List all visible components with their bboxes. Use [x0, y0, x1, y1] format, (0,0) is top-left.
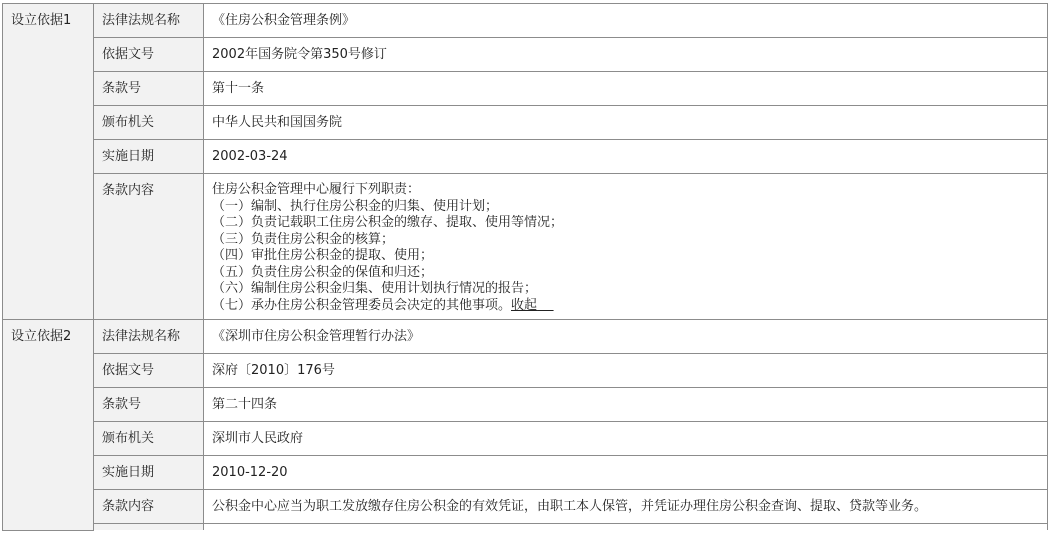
content-line: （四）审批住房公积金的提取、使用； [212, 248, 1039, 265]
table-row: 设立依据2 法律法规名称 《深圳市住房公积金管理暂行办法》 [3, 320, 1048, 354]
table-row: 依据文号 深府〔2010〕176号 [3, 354, 1048, 388]
row-label-clause-number: 条款号 [94, 72, 204, 106]
content-line: 住房公积金管理中心履行下列职责： [212, 182, 1039, 199]
row-label-clause-content: 条款内容 [94, 174, 204, 320]
content-line-text: （七）承办住房公积金管理委员会决定的其他事项。 [212, 298, 511, 313]
row-label-effective-date: 实施日期 [94, 140, 204, 174]
effective-date-value: 2002-03-24 [204, 140, 1048, 174]
table-row: 条款内容 住房公积金管理中心履行下列职责： （一）编制、执行住房公积金的归集、使… [3, 174, 1048, 320]
law-name-value: 《住房公积金管理条例》 [204, 4, 1048, 38]
clause-content-value: 住房公积金管理中心履行下列职责： （一）编制、执行住房公积金的归集、使用计划； … [204, 174, 1048, 320]
row-label-issuer: 颁布机关 [94, 422, 204, 456]
doc-number-value: 深府〔2010〕176号 [204, 354, 1048, 388]
basis-table-container: 设立依据1 法律法规名称 《住房公积金管理条例》 依据文号 2002年国务院令第… [2, 3, 1048, 531]
table-row: 依据文号 2002年国务院令第350号修订 [3, 38, 1048, 72]
clause-number-value: 第二十四条 [204, 388, 1048, 422]
table-row-cutoff [3, 524, 1048, 531]
table-row: 实施日期 2002-03-24 [3, 140, 1048, 174]
table-row: 颁布机关 深圳市人民政府 [3, 422, 1048, 456]
row-label-law-name: 法律法规名称 [94, 4, 204, 38]
row-label-effective-date: 实施日期 [94, 456, 204, 490]
clause-number-value: 第十一条 [204, 72, 1048, 106]
doc-number-value: 2002年国务院令第350号修订 [204, 38, 1048, 72]
cutoff-label-cell [94, 524, 204, 531]
group-title: 设立依据1 [3, 4, 94, 320]
table-row: 颁布机关 中华人民共和国国务院 [3, 106, 1048, 140]
cutoff-value-cell [204, 524, 1048, 531]
collapse-link-label: 收起 [511, 298, 537, 313]
collapse-link[interactable]: 收起 [511, 298, 554, 313]
content-line-last: （七）承办住房公积金管理委员会决定的其他事项。收起 [212, 298, 1039, 315]
table-row: 设立依据1 法律法规名称 《住房公积金管理条例》 [3, 4, 1048, 38]
content-line: （五）负责住房公积金的保值和归还； [212, 265, 1039, 282]
row-label-issuer: 颁布机关 [94, 106, 204, 140]
content-line: （三）负责住房公积金的核算； [212, 232, 1039, 249]
row-label-clause-content: 条款内容 [94, 490, 204, 524]
legal-basis-table: 设立依据1 法律法规名称 《住房公积金管理条例》 依据文号 2002年国务院令第… [2, 3, 1048, 531]
clause-content-value: 公积金中心应当为职工发放缴存住房公积金的有效凭证，由职工本人保管，并凭证办理住房… [204, 490, 1048, 524]
table-row: 条款号 第十一条 [3, 72, 1048, 106]
issuer-value: 中华人民共和国国务院 [204, 106, 1048, 140]
row-label-law-name: 法律法规名称 [94, 320, 204, 354]
group-title: 设立依据2 [3, 320, 94, 531]
content-line: （一）编制、执行住房公积金的归集、使用计划； [212, 199, 1039, 216]
effective-date-value: 2010-12-20 [204, 456, 1048, 490]
law-name-value: 《深圳市住房公积金管理暂行办法》 [204, 320, 1048, 354]
row-label-doc-number: 依据文号 [94, 354, 204, 388]
table-row: 条款号 第二十四条 [3, 388, 1048, 422]
content-line: （二）负责记载职工住房公积金的缴存、提取、使用等情况； [212, 215, 1039, 232]
table-row: 实施日期 2010-12-20 [3, 456, 1048, 490]
row-label-clause-number: 条款号 [94, 388, 204, 422]
table-row: 条款内容 公积金中心应当为职工发放缴存住房公积金的有效凭证，由职工本人保管，并凭… [3, 490, 1048, 524]
row-label-doc-number: 依据文号 [94, 38, 204, 72]
issuer-value: 深圳市人民政府 [204, 422, 1048, 456]
content-line: （六）编制住房公积金归集、使用计划执行情况的报告； [212, 281, 1039, 298]
